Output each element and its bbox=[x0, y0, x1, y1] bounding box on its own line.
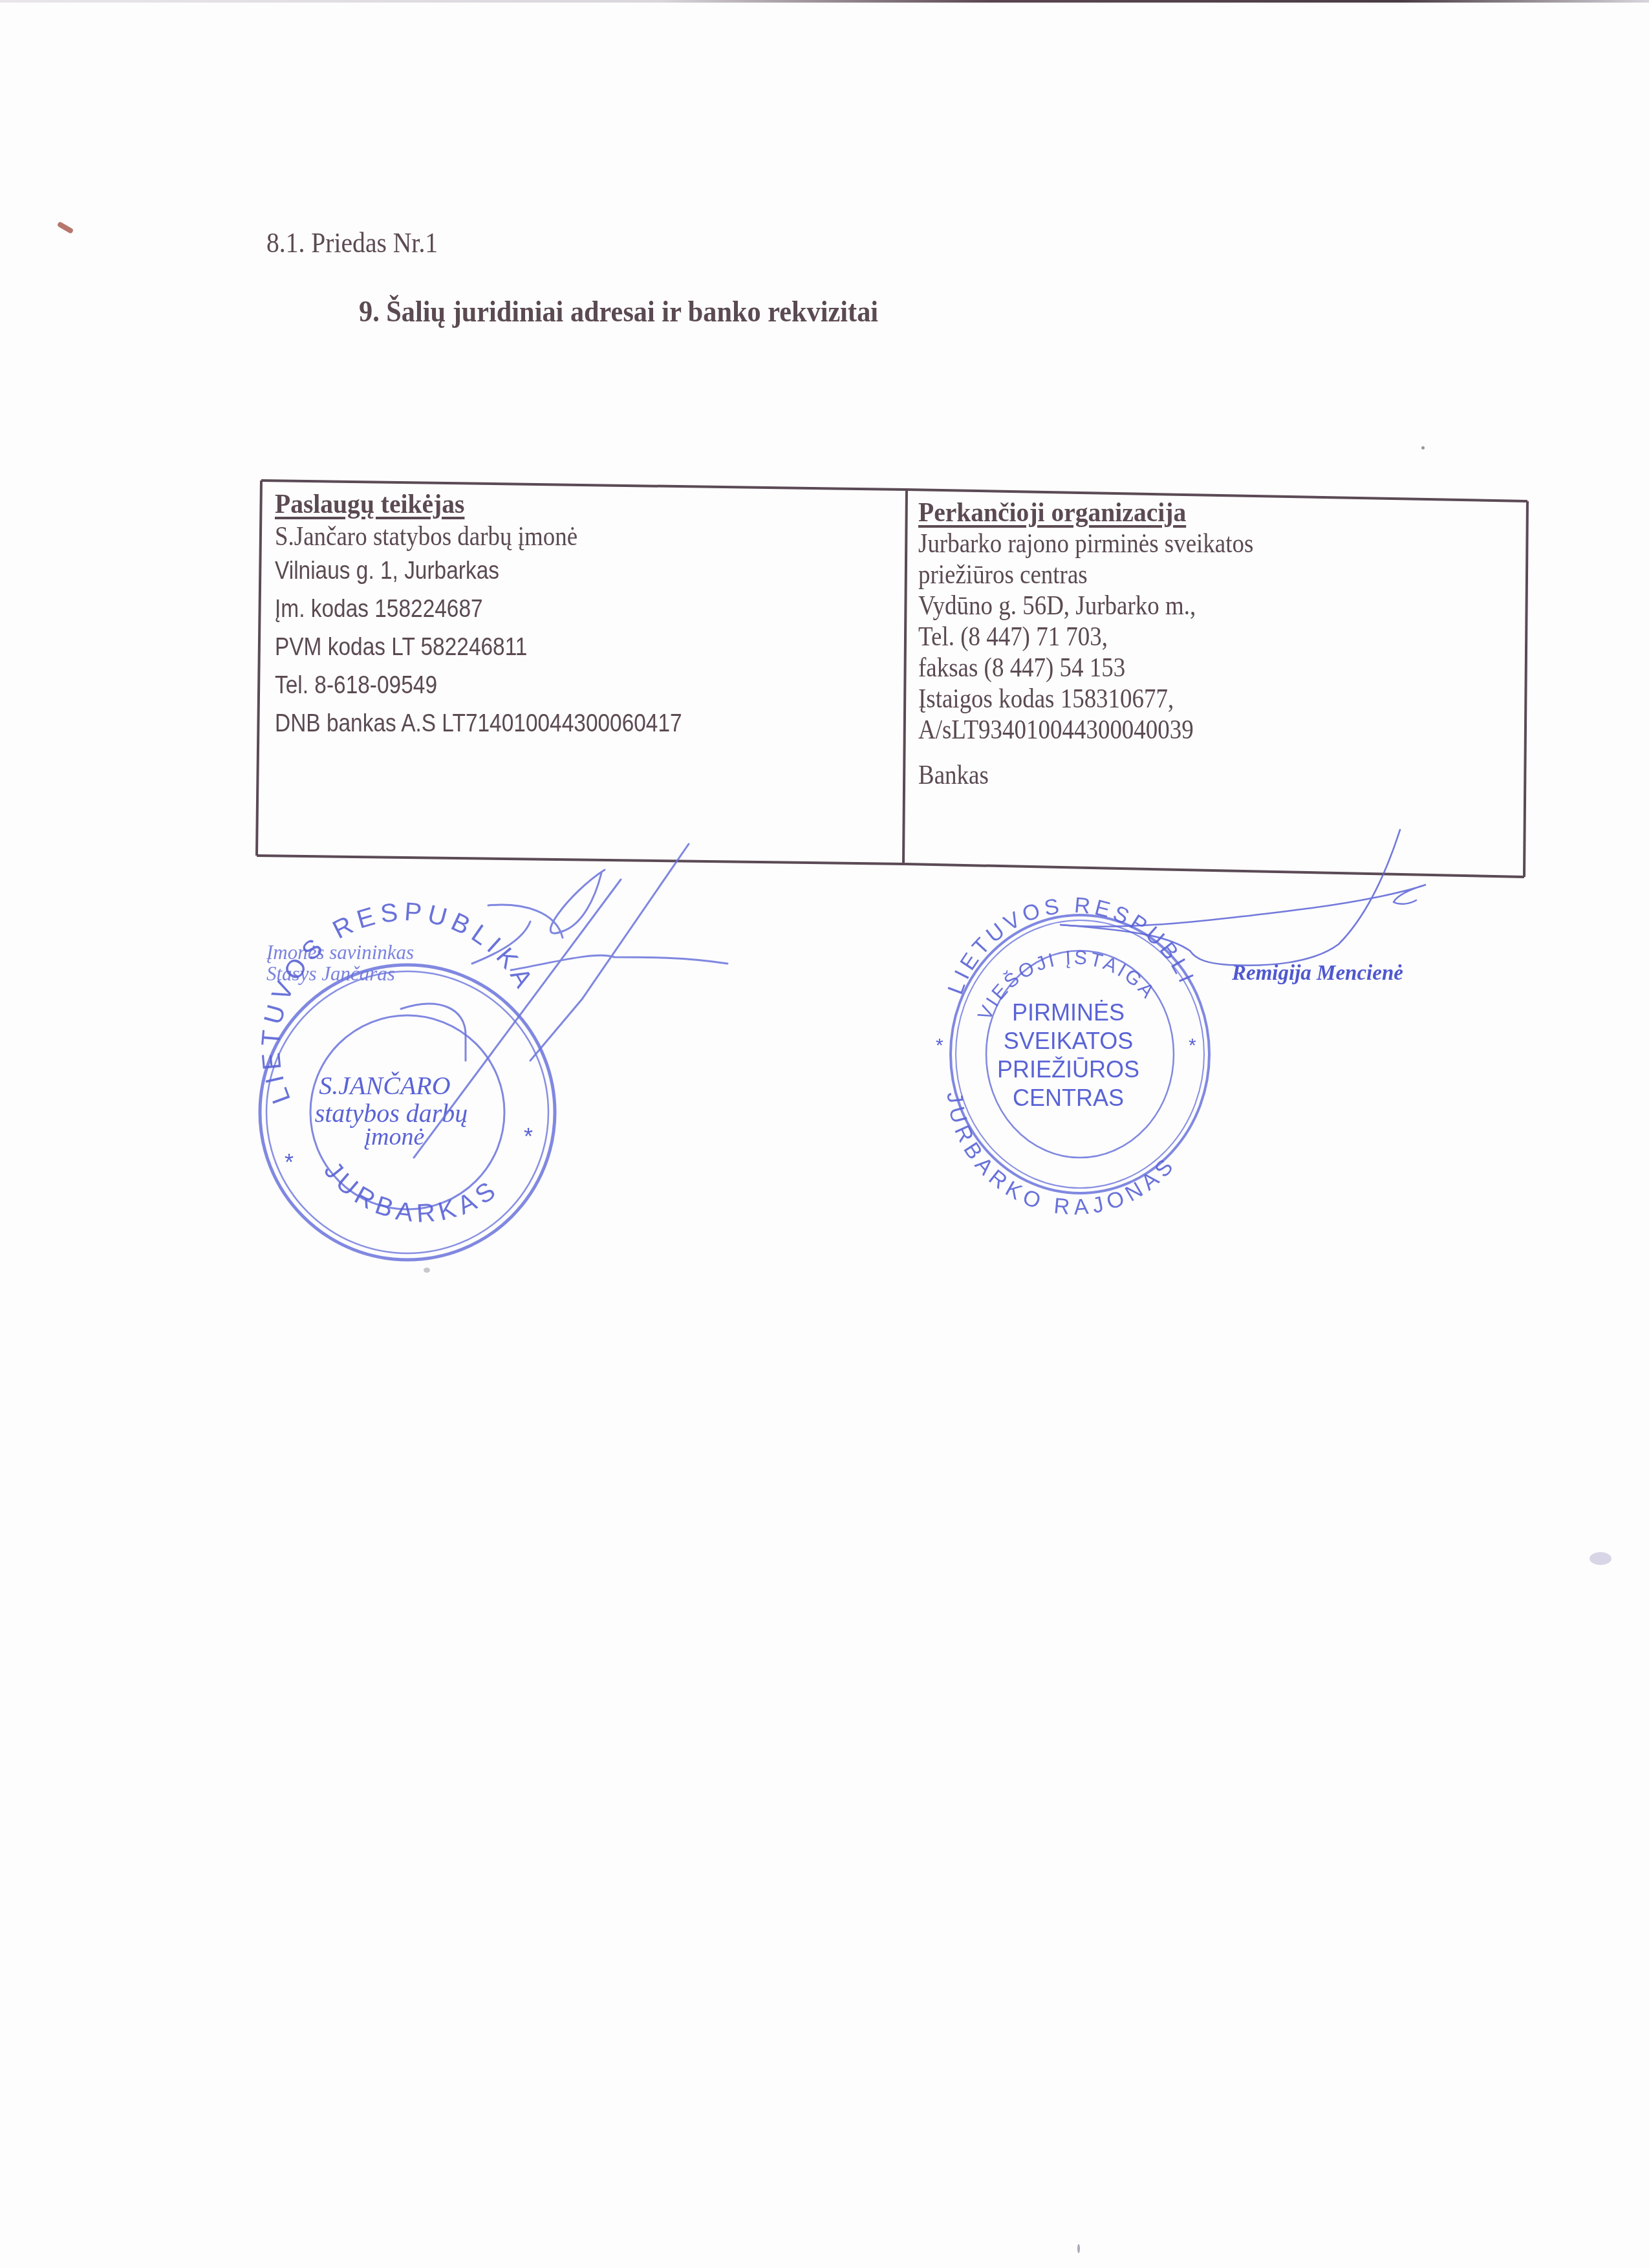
service-provider-heading: Paslaugų teikėjas bbox=[275, 488, 700, 520]
provider-company-code: Įm. kodas 158224687 bbox=[275, 596, 682, 623]
authority-name-line1: Jurbarko rajono pirminės sveikatos bbox=[918, 528, 1253, 559]
provider-address: Vilniaus g. 1, Jurbarkas bbox=[275, 557, 682, 585]
scan-speck bbox=[1590, 1552, 1611, 1565]
contracting-authority-heading: Perkančioji organizacija bbox=[918, 497, 1269, 528]
authority-bank-label: Bankas bbox=[918, 760, 1253, 791]
provider-company-name: S.Jančaro statybos darbų įmonė bbox=[275, 521, 682, 552]
authority-fax: faksas (8 447) 54 153 bbox=[918, 653, 1253, 684]
service-provider-cell: Paslaugų teikėjas S.Jančaro statybos dar… bbox=[275, 488, 738, 738]
authority-bank-account: A/sLT934010044300040039 bbox=[918, 715, 1253, 746]
authority-name-line2: priežiūros centras bbox=[918, 559, 1253, 590]
parties-table-frame bbox=[0, 0, 1649, 2268]
authority-address: Vydūno g. 56D, Jurbarko m., bbox=[918, 590, 1253, 621]
provider-bank-account: DNB bankas A.S LT714010044300060417 bbox=[275, 710, 682, 738]
owner-name-caption: Stasys Jančaras bbox=[266, 962, 395, 986]
scan-speck bbox=[424, 1268, 430, 1273]
authority-code: Įstaigos kodas 158310677, bbox=[918, 684, 1253, 715]
scan-speck bbox=[1077, 2244, 1080, 2253]
signer-name: Remigija Mencienė bbox=[1232, 962, 1403, 986]
provider-vat-code: PVM kodas LT 582246811 bbox=[275, 634, 682, 662]
authority-phone: Tel. (8 447) 71 703, bbox=[918, 621, 1253, 653]
owner-role-caption: Įmonės savininkas bbox=[266, 941, 414, 964]
contracting-authority-cell: Perkančioji organizacija Jurbarko rajono… bbox=[918, 497, 1299, 791]
scan-speck bbox=[1421, 446, 1425, 449]
provider-phone: Tel. 8-618-09549 bbox=[275, 672, 682, 700]
